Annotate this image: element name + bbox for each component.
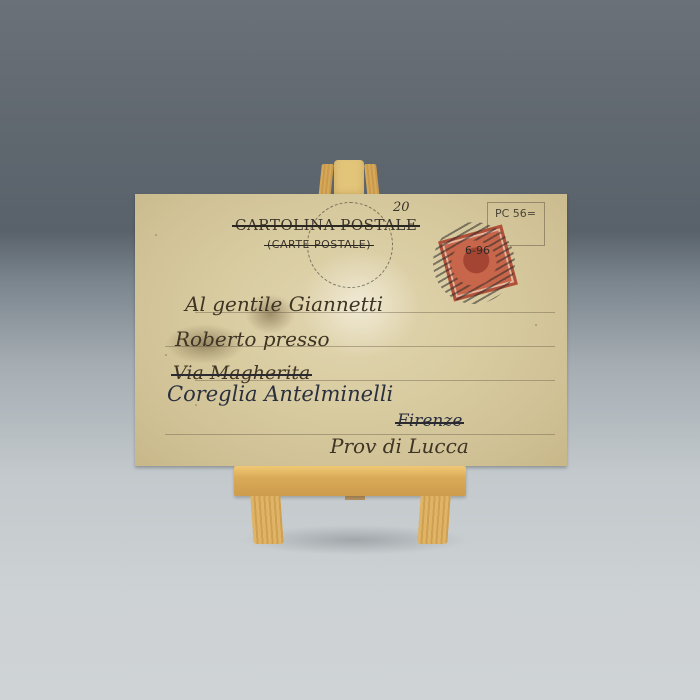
handwriting-line-6: Prov di Lucca [330, 434, 469, 458]
handwriting-line-5: Firenze [397, 411, 462, 431]
speck [535, 324, 537, 326]
printed-title: CARTOLINA POSTALE [235, 216, 417, 234]
stamp-cancellation [433, 222, 515, 304]
postmark-number: 20 [393, 200, 410, 215]
handwriting-line-3: Via Magherita [173, 362, 310, 384]
speck [165, 354, 167, 356]
handwriting-text: Firenze [397, 411, 462, 431]
handwriting-text: Roberto presso [175, 327, 330, 351]
strikethrough-line [232, 225, 420, 227]
speck [155, 234, 157, 236]
handwriting-text: Prov di Lucca [330, 434, 469, 458]
handwriting-text: Via Magherita [173, 362, 310, 384]
handwriting-line-2: Roberto presso [175, 327, 330, 351]
easel-leg-left [250, 496, 283, 544]
printed-subtitle: (CARTE POSTALE) [267, 238, 371, 251]
photo-scene: 20 CARTOLINA POSTALE (CARTE POSTALE) PC … [0, 0, 700, 700]
cancellation-date: 6-96 [465, 244, 490, 257]
strikethrough-line [395, 422, 464, 424]
strikethrough-line [264, 245, 374, 247]
corner-note: PC 56= [495, 207, 536, 220]
strikethrough-line [171, 374, 312, 376]
handwriting-text: Coreglia Antelminelli [167, 382, 393, 406]
postcard: 20 CARTOLINA POSTALE (CARTE POSTALE) PC … [135, 194, 567, 466]
handwriting-line-1: Al gentile Giannetti [185, 292, 383, 316]
handwriting-text: Al gentile Giannetti [185, 292, 383, 316]
easel-ledge [234, 466, 466, 496]
handwriting-line-4: Coreglia Antelminelli [167, 382, 393, 406]
easel-leg-right [417, 496, 450, 544]
